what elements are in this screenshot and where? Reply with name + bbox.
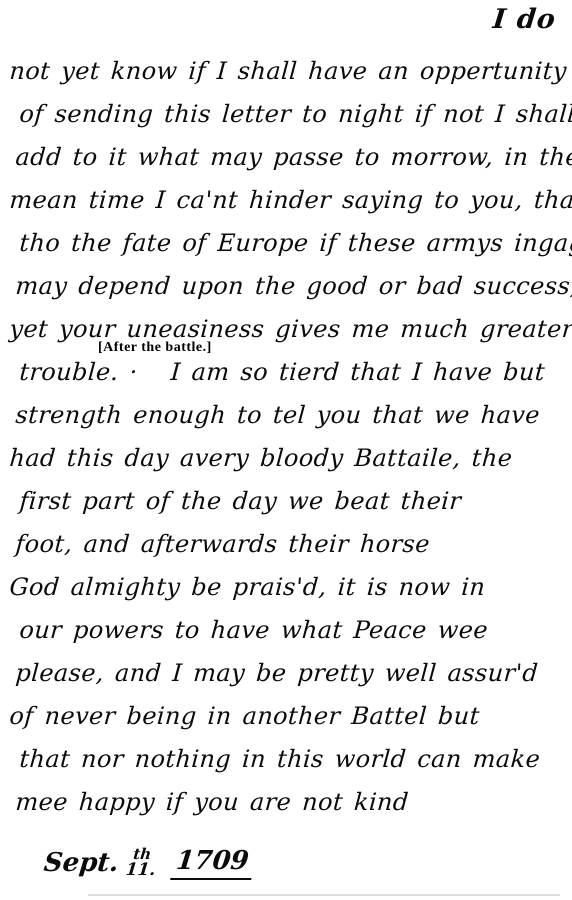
handwritten-line: had this day avery bloody Battaile, the: [6, 437, 572, 480]
date-line: Sept. th 11. 1709: [42, 846, 254, 880]
handwritten-line: yet your uneasiness gives me much greate…: [6, 308, 572, 351]
handwritten-line: mean time I ca'nt hinder saying to you, …: [6, 179, 572, 222]
date-day-stack: th 11.: [125, 847, 158, 879]
date-month: Sept.: [42, 848, 120, 878]
handwritten-line: our powers to have what Peace wee: [6, 609, 572, 652]
handwritten-line: please, and I may be pretty well assur'd: [6, 652, 572, 695]
date-day: 11.: [125, 862, 156, 879]
date-year: 1709: [170, 846, 254, 880]
page-bottom-rule: [88, 894, 560, 896]
handwritten-line: may depend upon the good or bad success,: [6, 265, 572, 308]
editorial-caption: [After the battle.]: [98, 340, 212, 356]
letter-page: I do not yet know if I shall have an opp…: [0, 0, 572, 900]
handwritten-line: of never being in another Battel but: [6, 695, 572, 738]
handwritten-line: add to it what may passe to morrow, in t…: [6, 136, 572, 179]
handwritten-line: foot, and afterwards their horse: [6, 523, 572, 566]
letter-body: not yet know if I shall have an oppertun…: [6, 50, 570, 824]
handwritten-line: mee happy if you are not kind: [6, 781, 572, 824]
handwritten-line: of sending this letter to night if not I…: [6, 93, 572, 136]
handwritten-line: first part of the day we beat their: [6, 480, 572, 523]
handwritten-line: God almighty be prais'd, it is now in: [6, 566, 572, 609]
handwritten-line: trouble. · I am so tierd that I have but: [6, 351, 572, 394]
catchword: I do: [491, 4, 557, 35]
handwritten-line: not yet know if I shall have an oppertun…: [6, 50, 572, 93]
handwritten-line: tho the fate of Europe if these armys in…: [6, 222, 572, 265]
handwritten-line: that nor nothing in this world can make: [6, 738, 572, 781]
handwritten-line: strength enough to tel you that we have: [6, 394, 572, 437]
